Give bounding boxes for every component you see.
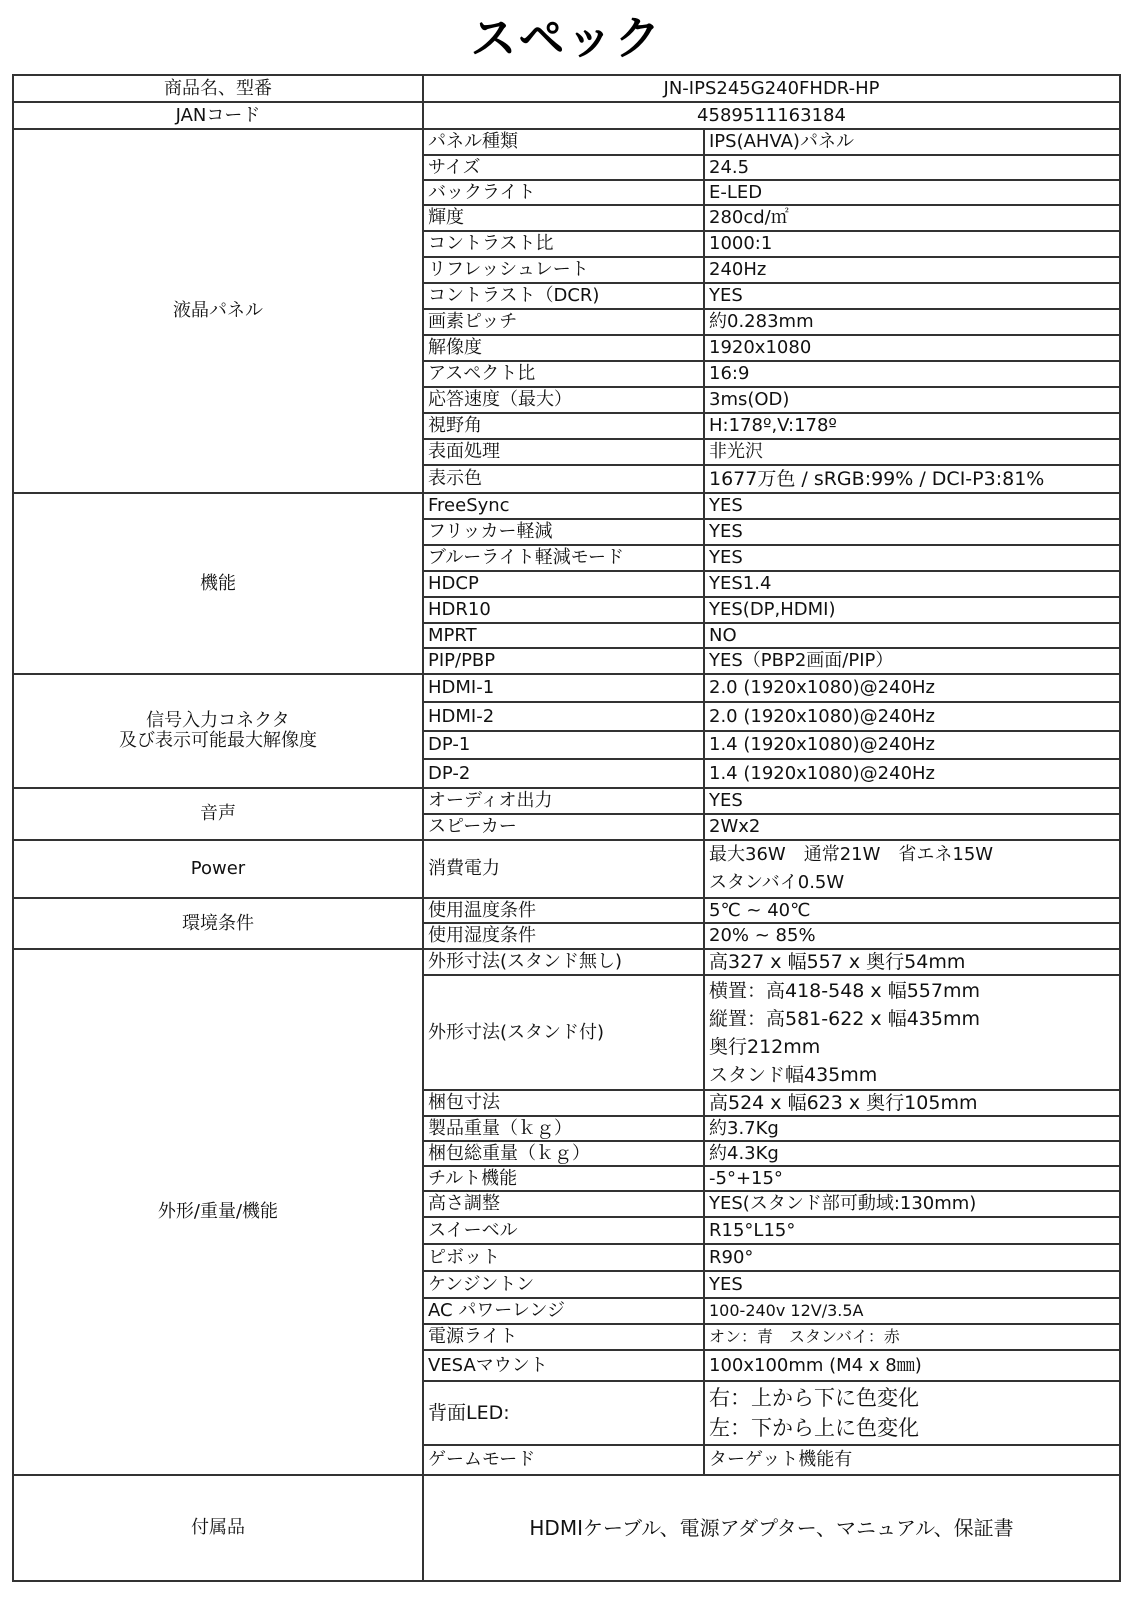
value-line: スタンド幅435mm [709, 1061, 1115, 1089]
spec-label: 梱包寸法 [423, 1090, 704, 1116]
spec-value: -5°+15° [704, 1166, 1120, 1191]
spec-value: 1677万色 / sRGB:99% / DCI-P3:81% [704, 465, 1120, 493]
spec-label: 外形寸法(スタンド無し) [423, 949, 704, 975]
spec-value: NO [704, 623, 1120, 648]
spec-value: ターゲット機能有 [704, 1445, 1120, 1475]
row-label: JANコード [13, 102, 423, 129]
table-row: 信号入力コネクタ 及び表示可能最大解像度 HDMI-1 2.0 (1920x10… [13, 674, 1120, 702]
spec-label: VESAマウント [423, 1350, 704, 1381]
spec-label: HDR10 [423, 597, 704, 623]
category-line: 及び表示可能最大解像度 [18, 731, 418, 751]
spec-value: E-LED [704, 180, 1120, 205]
spec-label: パネル種類 [423, 129, 704, 155]
spec-value: 最大36W 通常21W 省エネ15W スタンバイ0.5W [704, 840, 1120, 898]
spec-label: 輝度 [423, 205, 704, 231]
spec-value: YES [704, 283, 1120, 309]
spec-value: 16:9 [704, 361, 1120, 387]
value-line: スタンバイ0.5W [709, 869, 1115, 897]
spec-label: HDCP [423, 571, 704, 597]
spec-value: YES（PBP2画面/PIP） [704, 648, 1120, 674]
spec-label: サイズ [423, 155, 704, 180]
spec-value: IPS(AHVA)パネル [704, 129, 1120, 155]
spec-label: ケンジントン [423, 1271, 704, 1298]
table-row: 音声 オーディオ出力 YES [13, 788, 1120, 814]
category-line: 信号入力コネクタ [18, 711, 418, 731]
spec-label: ピボット [423, 1244, 704, 1271]
value-line: 左：下から上に色変化 [709, 1413, 1115, 1443]
value-line: 右：上から下に色変化 [709, 1383, 1115, 1413]
spec-label: 高さ調整 [423, 1191, 704, 1217]
spec-value: 1.4 (1920x1080)@240Hz [704, 759, 1120, 788]
value-line: 横置：高418-548 x 幅557mm [709, 977, 1115, 1005]
spec-label: 視野角 [423, 413, 704, 439]
spec-label: 表示色 [423, 465, 704, 493]
category-audio: 音声 [13, 788, 423, 840]
spec-value: 高524 x 幅623 x 奥行105mm [704, 1090, 1120, 1116]
category-accessories: 付属品 [13, 1475, 423, 1581]
spec-label: チルト機能 [423, 1166, 704, 1191]
category-power: Power [13, 840, 423, 898]
spec-label: MPRT [423, 623, 704, 648]
spec-value: 1920x1080 [704, 335, 1120, 361]
spec-value: 横置：高418-548 x 幅557mm 縦置：高581-622 x 幅435m… [704, 975, 1120, 1090]
table-row: Power 消費電力 最大36W 通常21W 省エネ15W スタンバイ0.5W [13, 840, 1120, 898]
spec-label: オーディオ出力 [423, 788, 704, 814]
row-value: 4589511163184 [423, 102, 1120, 129]
spec-label: ブルーライト軽減モード [423, 545, 704, 571]
table-row: 液晶パネル パネル種類 IPS(AHVA)パネル [13, 129, 1120, 155]
spec-label: 応答速度（最大） [423, 387, 704, 413]
spec-value: R90° [704, 1244, 1120, 1271]
spec-label: FreeSync [423, 493, 704, 519]
value-line: 最大36W 通常21W 省エネ15W [709, 841, 1115, 869]
spec-label: 外形寸法(スタンド付) [423, 975, 704, 1090]
category-dimensions-weight: 外形/重量/機能 [13, 949, 423, 1475]
table-row-accessories: 付属品 HDMIケーブル、電源アダプター、マニュアル、保証書 [13, 1475, 1120, 1581]
spec-label: ゲームモード [423, 1445, 704, 1475]
spec-label: リフレッシュレート [423, 257, 704, 283]
spec-value: YES [704, 1271, 1120, 1298]
spec-value: オン：青 スタンバイ：赤 [704, 1324, 1120, 1350]
table-row-product-name: 商品名、型番 JN-IPS245G240FHDR-HP [13, 75, 1120, 102]
spec-label: バックライト [423, 180, 704, 205]
spec-label: 表面処理 [423, 439, 704, 465]
spec-label: スイーベル [423, 1217, 704, 1244]
spec-value: 100-240v 12V/3.5A [704, 1298, 1120, 1324]
spec-value: YES [704, 788, 1120, 814]
category-lcd-panel: 液晶パネル [13, 129, 423, 493]
accessories-value: HDMIケーブル、電源アダプター、マニュアル、保証書 [423, 1475, 1120, 1581]
page-title: スペック [0, 8, 1133, 68]
spec-value: 約4.3Kg [704, 1141, 1120, 1166]
spec-value: YES(DP,HDMI) [704, 597, 1120, 623]
spec-label: 使用湿度条件 [423, 923, 704, 949]
spec-label: コントラスト（DCR) [423, 283, 704, 309]
spec-value: YES [704, 493, 1120, 519]
spec-label: スピーカー [423, 814, 704, 840]
row-label: 商品名、型番 [13, 75, 423, 102]
category-signal-input: 信号入力コネクタ 及び表示可能最大解像度 [13, 674, 423, 788]
spec-value: 約3.7Kg [704, 1116, 1120, 1141]
spec-value: 右：上から下に色変化 左：下から上に色変化 [704, 1381, 1120, 1445]
spec-label: HDMI-2 [423, 702, 704, 731]
value-line: 縦置：高581-622 x 幅435mm [709, 1005, 1115, 1033]
value-line: 奥行212mm [709, 1033, 1115, 1061]
spec-value: 24.5 [704, 155, 1120, 180]
spec-value: 2Wx2 [704, 814, 1120, 840]
spec-label: フリッカー軽減 [423, 519, 704, 545]
spec-value: 280cd/㎡ [704, 205, 1120, 231]
table-row: 外形/重量/機能 外形寸法(スタンド無し) 高327 x 幅557 x 奥行54… [13, 949, 1120, 975]
spec-label: アスペクト比 [423, 361, 704, 387]
spec-value: R15°L15° [704, 1217, 1120, 1244]
spec-value: 2.0 (1920x1080)@240Hz [704, 674, 1120, 702]
spec-value: 高327 x 幅557 x 奥行54mm [704, 949, 1120, 975]
spec-value: 100x100mm (M4 x 8㎜) [704, 1350, 1120, 1381]
spec-label: 解像度 [423, 335, 704, 361]
spec-label: 電源ライト [423, 1324, 704, 1350]
spec-label: 背面LED: [423, 1381, 704, 1445]
spec-value: YES [704, 519, 1120, 545]
category-features: 機能 [13, 493, 423, 674]
spec-value: YES [704, 545, 1120, 571]
spec-label: DP-1 [423, 731, 704, 759]
category-environment: 環境条件 [13, 898, 423, 949]
spec-label: コントラスト比 [423, 231, 704, 257]
spec-label: HDMI-1 [423, 674, 704, 702]
spec-value: 240Hz [704, 257, 1120, 283]
spec-value: 非光沢 [704, 439, 1120, 465]
spec-label: 梱包総重量（ｋｇ） [423, 1141, 704, 1166]
spec-value: 1000:1 [704, 231, 1120, 257]
spec-table: 商品名、型番 JN-IPS245G240FHDR-HP JANコード 45895… [12, 74, 1121, 1582]
spec-label: DP-2 [423, 759, 704, 788]
spec-value: 3ms(OD) [704, 387, 1120, 413]
spec-value: 約0.283mm [704, 309, 1120, 335]
spec-label: 画素ピッチ [423, 309, 704, 335]
spec-label: 消費電力 [423, 840, 704, 898]
spec-value: 20% ~ 85% [704, 923, 1120, 949]
table-row-jan-code: JANコード 4589511163184 [13, 102, 1120, 129]
spec-label: 使用温度条件 [423, 898, 704, 923]
spec-value: YES(スタンド部可動域:130mm) [704, 1191, 1120, 1217]
spec-value: 5℃ ~ 40℃ [704, 898, 1120, 923]
spec-value: 2.0 (1920x1080)@240Hz [704, 702, 1120, 731]
table-row: 環境条件 使用温度条件 5℃ ~ 40℃ [13, 898, 1120, 923]
spec-label: AC パワーレンジ [423, 1298, 704, 1324]
spec-value: 1.4 (1920x1080)@240Hz [704, 731, 1120, 759]
spec-value: YES1.4 [704, 571, 1120, 597]
row-value: JN-IPS245G240FHDR-HP [423, 75, 1120, 102]
table-row: 機能 FreeSync YES [13, 493, 1120, 519]
spec-label: PIP/PBP [423, 648, 704, 674]
spec-value: H:178º,V:178º [704, 413, 1120, 439]
spec-label: 製品重量（ｋｇ） [423, 1116, 704, 1141]
